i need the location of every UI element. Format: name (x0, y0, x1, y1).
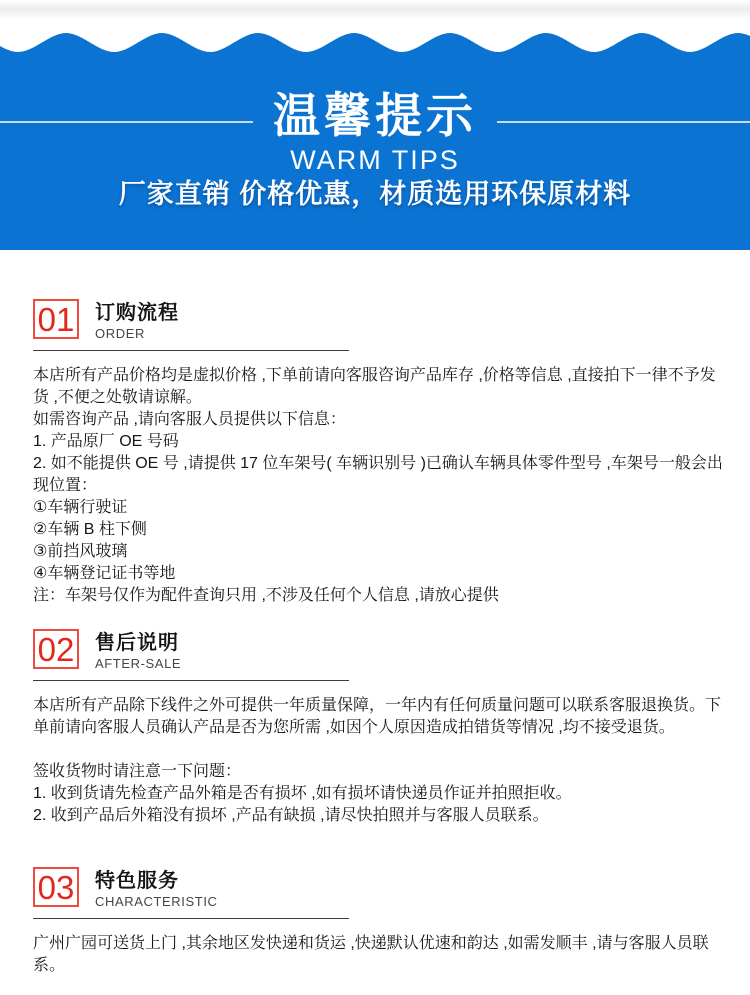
body-line: ①车辆行驶证 (33, 497, 723, 519)
body-line: 广州广园可送货上门 ,其余地区发快递和货运 ,快递默认优速和韵达 ,如需发顺丰 … (33, 933, 723, 977)
body-line: 注：车架号仅作为配件查询只用 ,不涉及任何个人信息 ,请放心提供 (33, 585, 723, 607)
section-subtitle-en: ORDER (95, 327, 179, 341)
body-line: ④车辆登记证书等地 (33, 563, 723, 585)
section-divider (33, 918, 349, 919)
banner-subtitle-en: WARM TIPS (0, 147, 750, 174)
body-line: 本店所有产品除下线件之外可提供一年质量保障，一年内有任何质量问题可以联系客服退换… (33, 695, 723, 739)
paragraph-gap (33, 739, 723, 761)
body-line: 如需咨询产品 ,请向客服人员提供以下信息： (33, 409, 723, 431)
section-divider (33, 350, 349, 351)
section-subtitle-en: CHARACTERISTIC (95, 895, 218, 909)
section-title: 售后说明 (95, 632, 181, 654)
section-order-header: 01 订购流程 ORDER (33, 299, 717, 351)
body-line: ③前挡风玻璃 (33, 541, 723, 563)
section-title: 特色服务 (95, 870, 218, 892)
warm-tips-banner: 温馨提示 WARM TIPS 厂家直销 价格优惠，材质选用环保原材料 (0, 0, 750, 250)
body-line: 签收货物时请注意一下问题： (33, 761, 723, 783)
section-number-badge: 02 (33, 629, 79, 669)
body-line: 2. 收到产品后外箱没有损坏 ,产品有缺损 ,请尽快拍照并与客服人员联系。 (33, 805, 723, 827)
body-line: 1. 收到货请先检查产品外箱是否有损坏 ,如有损坏请快递员作证并拍照拒收。 (33, 783, 723, 805)
section-characteristic-header: 03 特色服务 CHARACTERISTIC (33, 867, 717, 919)
body-line: 1. 产品原厂 OE 号码 (33, 431, 723, 453)
banner-title: 温馨提示 (0, 92, 750, 139)
section-subtitle-en: AFTER-SALE (95, 657, 181, 671)
top-shadow (0, 0, 750, 20)
section-after-sale-body: 本店所有产品除下线件之外可提供一年质量保障，一年内有任何质量问题可以联系客服退换… (33, 695, 723, 827)
section-divider (33, 680, 349, 681)
section-after-sale-header: 02 售后说明 AFTER-SALE (33, 629, 717, 681)
body-line: 本店所有产品价格均是虚拟价格 ,下单前请向客服咨询产品库存 ,价格等信息 ,直接… (33, 365, 723, 409)
section-title: 订购流程 (95, 302, 179, 324)
section-order-body: 本店所有产品价格均是虚拟价格 ,下单前请向客服咨询产品库存 ,价格等信息 ,直接… (33, 365, 723, 607)
section-characteristic-body: 广州广园可送货上门 ,其余地区发快递和货运 ,快递默认优速和韵达 ,如需发顺丰 … (33, 933, 723, 977)
section-number-badge: 01 (33, 299, 79, 339)
body-line: 2. 如不能提供 OE 号 ,请提供 17 位车架号( 车辆识别号 )已确认车辆… (33, 453, 723, 497)
section-number-badge: 03 (33, 867, 79, 907)
body-line: ②车辆 B 柱下侧 (33, 519, 723, 541)
banner-tagline: 厂家直销 价格优惠，材质选用环保原材料 (0, 180, 750, 210)
